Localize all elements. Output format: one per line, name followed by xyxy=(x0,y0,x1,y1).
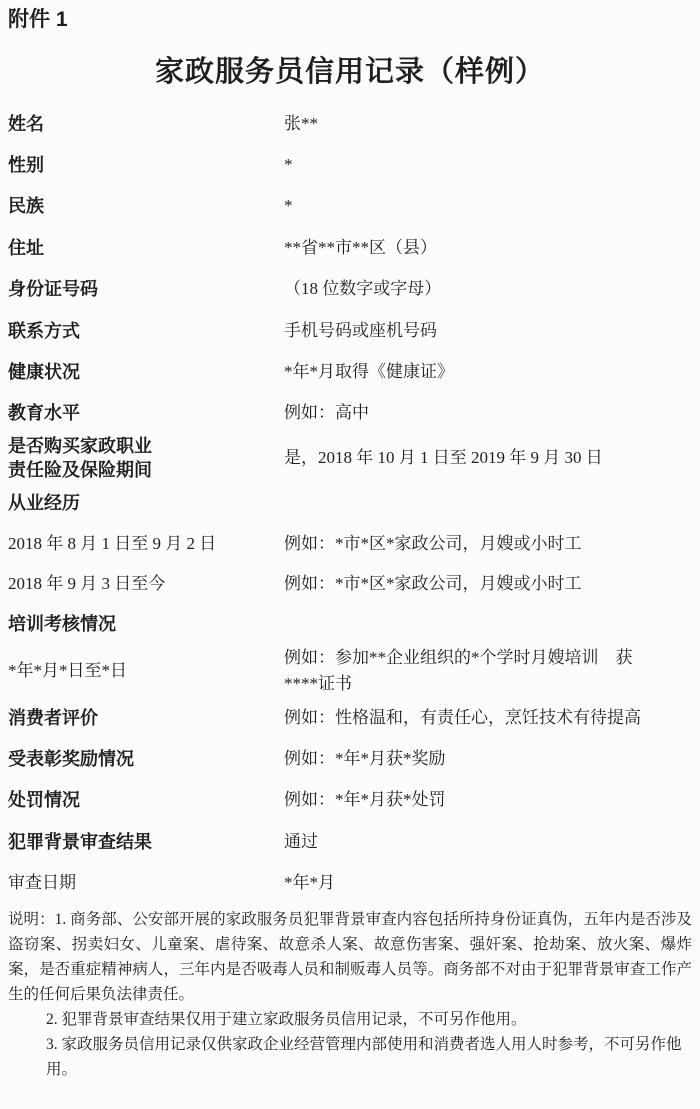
form-row-gender: 性别 * xyxy=(8,144,692,185)
value-gender: * xyxy=(284,152,692,178)
label-name: 姓名 xyxy=(8,112,284,136)
work-history-row-1: 2018 年 8 月 1 日至 9 月 2 日 例如：*市*区*家政公司，月嫂或… xyxy=(8,524,692,564)
work-value-1: 例如：*市*区*家政公司，月嫂或小时工 xyxy=(284,531,692,557)
label-id-number: 身份证号码 xyxy=(8,277,284,301)
label-work-history: 从业经历 xyxy=(8,491,284,515)
section-header-training: 培训考核情况 xyxy=(8,604,692,645)
label-consumer-review: 消费者评价 xyxy=(8,706,284,730)
work-period-2: 2018 年 9 月 3 日至今 xyxy=(8,572,284,596)
label-insurance: 是否购买家政职业 责任险及保险期间 xyxy=(8,434,284,482)
form-row-background-check: 犯罪背景审查结果 通过 xyxy=(8,821,692,862)
label-education: 教育水平 xyxy=(8,401,284,425)
form-row-ethnicity: 民族 * xyxy=(8,186,692,227)
value-awards: 例如：*年*月获*奖励 xyxy=(284,746,692,772)
form-row-review-date: 审查日期 *年*月 xyxy=(8,862,692,903)
work-period-1: 2018 年 8 月 1 日至 9 月 2 日 xyxy=(8,532,284,556)
label-awards: 受表彰奖励情况 xyxy=(8,747,284,771)
form-row-health: 健康状况 *年*月取得《健康证》 xyxy=(8,351,692,392)
value-id-number: （18 位数字或字母） xyxy=(284,276,692,302)
section-header-work-history: 从业经历 xyxy=(8,482,692,523)
form-row-penalties: 处罚情况 例如：*年*月获*处罚 xyxy=(8,780,692,821)
value-health: *年*月取得《健康证》 xyxy=(284,359,692,385)
page-title: 家政服务员信用记录（样例） xyxy=(8,52,692,92)
value-ethnicity: * xyxy=(284,193,692,219)
work-value-2: 例如：*市*区*家政公司，月嫂或小时工 xyxy=(284,571,692,597)
notes-section: 说明：1. 商务部、公安部开展的家政服务员犯罪背景审查内容包括所持身份证真伪，五… xyxy=(8,907,692,1082)
form-row-consumer-review: 消费者评价 例如：性格温和，有责任心，烹饪技术有待提高 xyxy=(8,697,692,738)
label-review-date: 审查日期 xyxy=(8,871,284,895)
note-1: 说明：1. 商务部、公安部开展的家政服务员犯罪背景审查内容包括所持身份证真伪，五… xyxy=(8,907,692,1007)
label-gender: 性别 xyxy=(8,153,284,177)
value-name: 张** xyxy=(284,111,692,137)
form-row-contact: 联系方式 手机号码或座机号码 xyxy=(8,310,692,351)
form-row-id-number: 身份证号码 （18 位数字或字母） xyxy=(8,269,692,310)
label-training: 培训考核情况 xyxy=(8,612,284,636)
value-contact: 手机号码或座机号码 xyxy=(284,318,692,344)
label-penalties: 处罚情况 xyxy=(8,788,284,812)
work-history-row-2: 2018 年 9 月 3 日至今 例如：*市*区*家政公司，月嫂或小时工 xyxy=(8,564,692,604)
attachment-label: 附件 1 xyxy=(8,6,692,34)
value-insurance: 是，2018 年 10 月 1 日至 2019 年 9 月 30 日 xyxy=(284,445,692,471)
form-row-awards: 受表彰奖励情况 例如：*年*月获*奖励 xyxy=(8,738,692,779)
value-address: **省**市**区（县） xyxy=(284,235,692,261)
credit-record-form: 姓名 张** 性别 * 民族 * 住址 **省**市**区（县） 身份证号码 （… xyxy=(8,103,692,904)
training-value: 例如：参加**企业组织的*个学时月嫂培训 获 ****证书 xyxy=(284,645,692,697)
training-value-line2: ****证书 xyxy=(284,671,692,697)
label-health: 健康状况 xyxy=(8,360,284,384)
document-page: 附件 1 家政服务员信用记录（样例） 姓名 张** 性别 * 民族 * 住址 *… xyxy=(0,0,700,1109)
form-row-insurance: 是否购买家政职业 责任险及保险期间 是，2018 年 10 月 1 日至 201… xyxy=(8,434,692,482)
label-address: 住址 xyxy=(8,236,284,260)
label-background-check: 犯罪背景审查结果 xyxy=(8,830,284,854)
note-3: 3. 家政服务员信用记录仅供家政企业经营管理内部使用和消费者选人用人时参考，不可… xyxy=(8,1032,692,1082)
form-row-address: 住址 **省**市**区（县） xyxy=(8,227,692,268)
training-value-line1: 例如：参加**企业组织的*个学时月嫂培训 获 xyxy=(284,645,692,671)
form-row-education: 教育水平 例如：高中 xyxy=(8,393,692,434)
label-insurance-line1: 是否购买家政职业 xyxy=(8,434,284,458)
value-penalties: 例如：*年*月获*处罚 xyxy=(284,787,692,813)
note-2: 2. 犯罪背景审查结果仅用于建立家政服务员信用记录，不可另作他用。 xyxy=(8,1007,692,1032)
training-period: *年*月*日至*日 xyxy=(8,659,284,683)
value-education: 例如：高中 xyxy=(284,400,692,426)
value-review-date: *年*月 xyxy=(284,870,692,896)
value-consumer-review: 例如：性格温和，有责任心，烹饪技术有待提高 xyxy=(284,705,692,731)
value-background-check: 通过 xyxy=(284,829,692,855)
training-row: *年*月*日至*日 例如：参加**企业组织的*个学时月嫂培训 获 ****证书 xyxy=(8,645,692,697)
label-ethnicity: 民族 xyxy=(8,194,284,218)
label-insurance-line2: 责任险及保险期间 xyxy=(8,458,284,482)
label-contact: 联系方式 xyxy=(8,319,284,343)
form-row-name: 姓名 张** xyxy=(8,103,692,144)
